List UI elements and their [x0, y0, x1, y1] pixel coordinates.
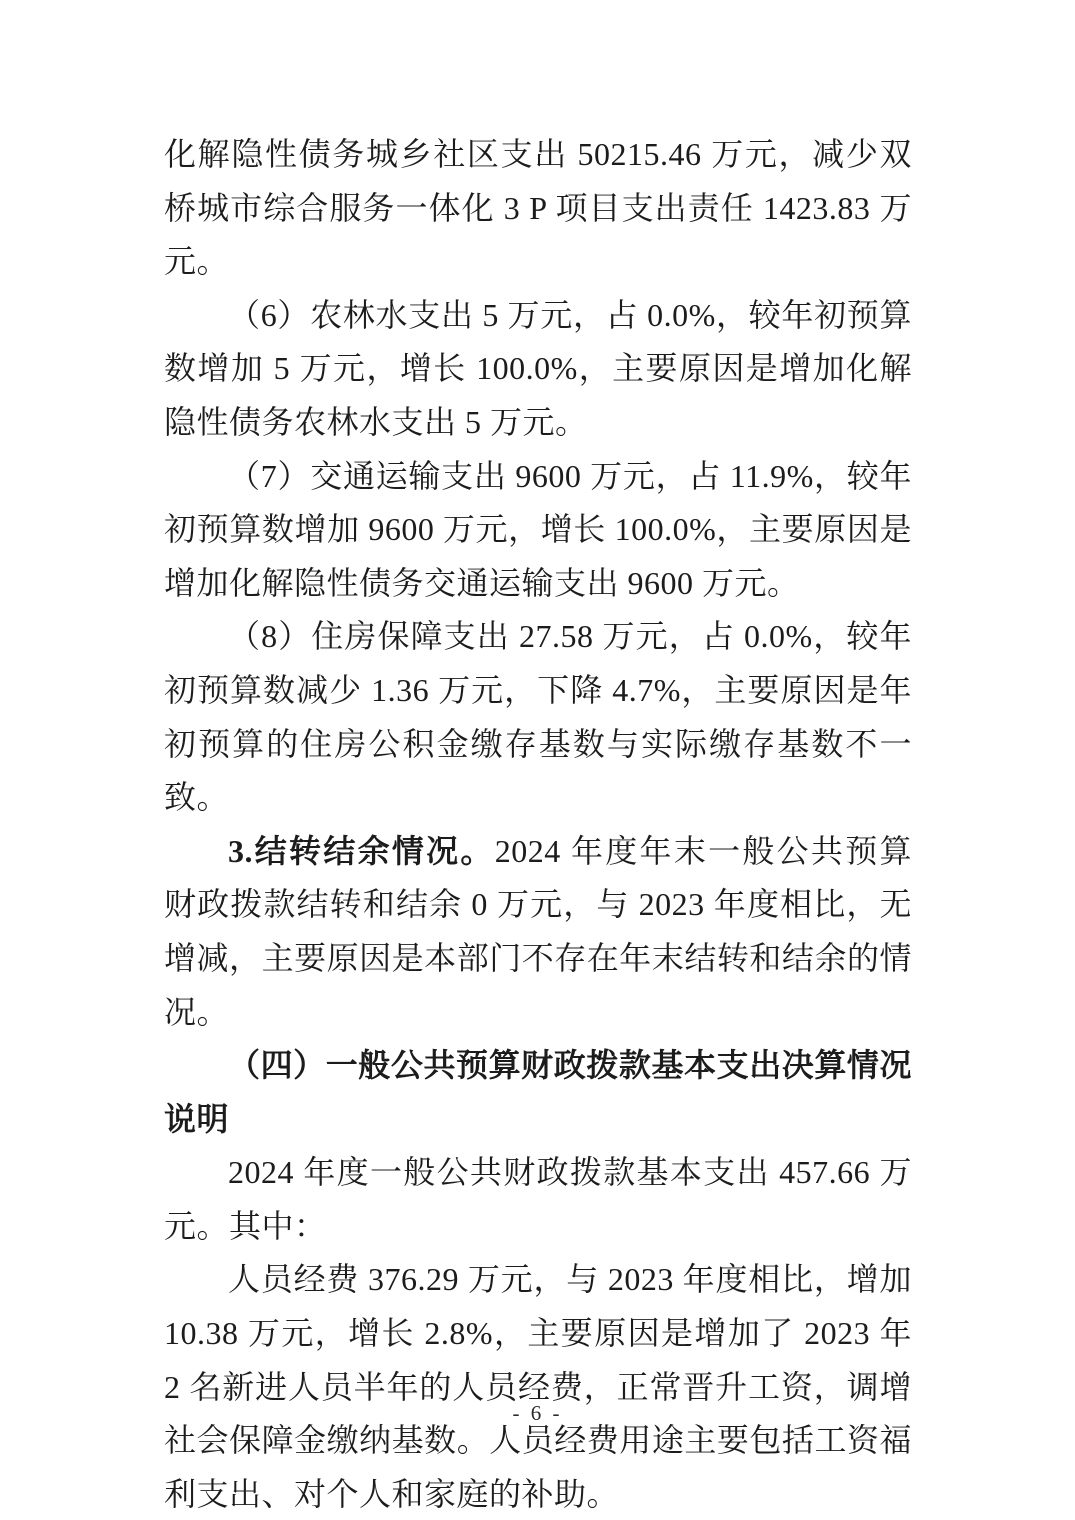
paragraph-item-6-agriculture-forestry-water: （6）农林水支出 5 万元，占 0.0%，较年初预算数增加 5 万元，增长 10…	[164, 289, 912, 450]
section-4-heading: （四）一般公共预算财政拨款基本支出决算情况说明	[164, 1039, 912, 1146]
carryforward-bold-lead: 3.结转结余情况。	[228, 833, 495, 869]
paragraph-carryover-from-previous-page: 化解隐性债务城乡社区支出 50215.46 万元，减少双桥城市综合服务一体化 3…	[164, 128, 912, 289]
paragraph-carryforward-balance: 3.结转结余情况。2024 年度年末一般公共预算财政拨款结转和结余 0 万元，与…	[164, 825, 912, 1039]
document-page: 化解隐性债务城乡社区支出 50215.46 万元，减少双桥城市综合服务一体化 3…	[0, 0, 1075, 1520]
paragraph-item-8-housing-security: （8）住房保障支出 27.58 万元，占 0.0%，较年初预算数减少 1.36 …	[164, 610, 912, 824]
page-number: - 6 -	[0, 1399, 1075, 1427]
paragraph-basic-expenditure-total: 2024 年度一般公共财政拨款基本支出 457.66 万元。其中：	[164, 1146, 912, 1253]
paragraph-personnel-expense: 人员经费 376.29 万元，与 2023 年度相比，增加 10.38 万元，增…	[164, 1253, 912, 1520]
document-body: 化解隐性债务城乡社区支出 50215.46 万元，减少双桥城市综合服务一体化 3…	[164, 128, 912, 1520]
paragraph-item-7-transportation: （7）交通运输支出 9600 万元，占 11.9%，较年初预算数增加 9600 …	[164, 450, 912, 611]
